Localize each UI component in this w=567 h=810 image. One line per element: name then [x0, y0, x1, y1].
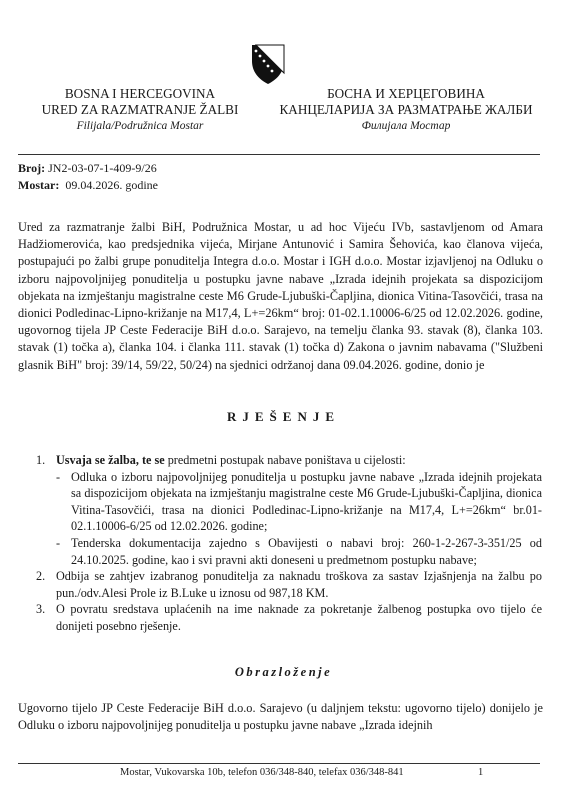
- footer-address: Mostar, Vukovarska 10b, telefon 036/348-…: [120, 767, 404, 778]
- decision-heading: RJEŠENJE: [0, 409, 567, 425]
- reasoning-heading: Obrazloženje: [0, 665, 567, 680]
- document-meta: Broj: JN2-03-07-1-409-9/26 Mostar: 09.04…: [18, 160, 158, 194]
- decision-subitem-text: Tenderska dokumentacija zajedno s Obavij…: [71, 535, 542, 568]
- decision-item-number: 2.: [36, 568, 56, 601]
- reference-number: Broj: JN2-03-07-1-409-9/26: [18, 160, 158, 177]
- decision-item-text: Odbija se zahtjev izabranog ponuditelja …: [56, 568, 542, 601]
- reasoning-paragraph: Ugovorno tijelo JP Ceste Federacije BiH …: [18, 700, 543, 734]
- decision-subitem-text: Odluka o izboru najpovoljnijeg ponuditel…: [71, 469, 542, 535]
- decision-subitem: -Odluka o izboru najpovoljnijeg ponudite…: [56, 469, 542, 535]
- bullet-dash: -: [56, 469, 71, 535]
- header-right: БОСНА И ХЕРЦЕГОВИНА КАНЦЕЛАРИЈА ЗА РАЗМА…: [276, 86, 536, 134]
- decision-item: 3.O povratu sredstava uplaćenih na ime n…: [36, 601, 542, 634]
- decision-item: 1.Usvaja se žalba, te se predmetni postu…: [36, 452, 542, 469]
- decision-item-number: 3.: [36, 601, 56, 634]
- intro-paragraph: Ured za razmatranje žalbi BiH, Podružnic…: [18, 219, 543, 374]
- header-right-office: КАНЦЕЛАРИЈА ЗА РАЗМАТРАЊЕ ЖАЛБИ: [276, 102, 536, 118]
- decision-list: 1.Usvaja se žalba, te se predmetni postu…: [36, 452, 542, 635]
- header-left-office: URED ZA RAZMATRANJE ŽALBI: [20, 102, 260, 118]
- place-date: Mostar: 09.04.2026. godine: [18, 177, 158, 194]
- decision-item-text: O povratu sredstava uplaćenih na ime nak…: [56, 601, 542, 634]
- document-page: BOSNA I HERCEGOVINA URED ZA RAZMATRANJE …: [0, 0, 567, 810]
- header-left-branch: Filijala/Podružnica Mostar: [20, 118, 260, 134]
- decision-subitem: -Tenderska dokumentacija zajedno s Obavi…: [56, 535, 542, 568]
- decision-item-text: Usvaja se žalba, te se predmetni postupa…: [56, 452, 542, 469]
- header-right-country: БОСНА И ХЕРЦЕГОВИНА: [276, 86, 536, 102]
- header-left: BOSNA I HERCEGOVINA URED ZA RAZMATRANJE …: [20, 86, 260, 134]
- footer-divider: [18, 763, 540, 764]
- header-divider: [18, 154, 540, 155]
- decision-item: 2.Odbija se zahtjev izabranog ponuditelj…: [36, 568, 542, 601]
- coat-of-arms-icon: [250, 43, 286, 85]
- header-left-country: BOSNA I HERCEGOVINA: [20, 86, 260, 102]
- bullet-dash: -: [56, 535, 71, 568]
- page-number: 1: [478, 767, 483, 778]
- decision-item-number: 1.: [36, 452, 56, 469]
- header-right-branch: Филијала Мостар: [276, 118, 536, 134]
